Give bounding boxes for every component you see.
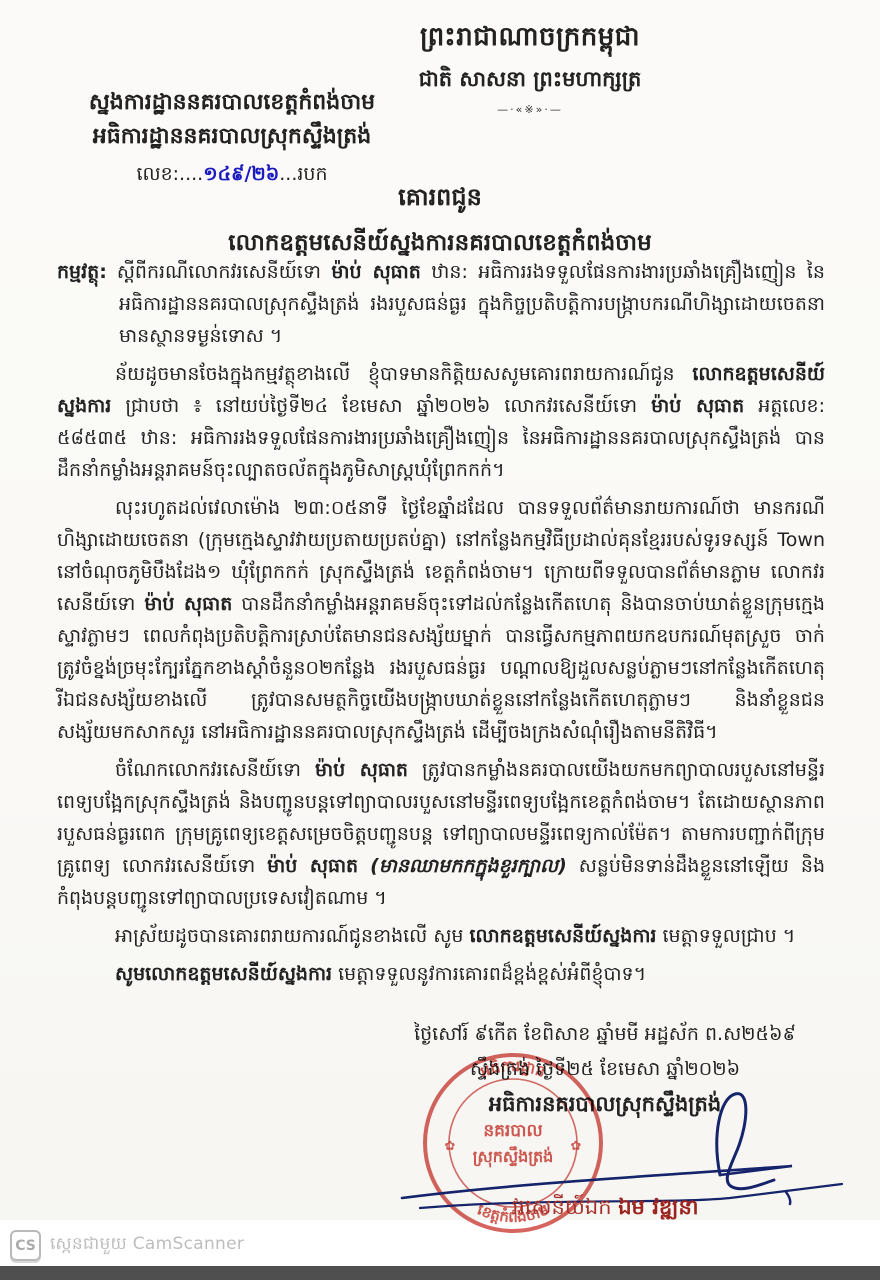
signer-name-line: វរសេនីយ៍ឯក ឯម វឌ្ឍនា <box>350 1194 860 1225</box>
camscanner-label: ស្កេនជាមួយ CamScanner <box>50 1233 244 1258</box>
signature-block: ថ្ងៃសៅរ៍ ៩កើត ខែពិសាខ ឆ្នាំមមី អដ្ឋស័ក ព… <box>350 1022 860 1122</box>
document-title: គោរពជូន លោកឧត្តមសេនីយ៍ស្នងការនគរបាលខេត្ត… <box>0 182 880 262</box>
paragraph: អាស្រ័យដូចបានគោរពរាយការណ៍ជូនខាងលើ សូម លោ… <box>57 920 825 952</box>
kingdom-motto-line1: ព្រះរាជាណាចក្រកម្ពុជា <box>290 20 770 58</box>
text-run: ចំណែកលោកវរសេនីយ៍ទោ <box>115 759 315 781</box>
text-run: មេត្តាទទួលនូវការគោរពដ៏ខ្ពង់ខ្ពស់អំពីខ្ញុ… <box>332 963 646 985</box>
letter-body: កម្មវត្ថុ:ស្តីពីករណីលោកវរសេនីយ៍ទោ ម៉ាប់ … <box>57 256 825 996</box>
salutation: គោរពជូន <box>0 182 880 217</box>
text-run: លោកឧត្តមសេនីយ៍ស្នងការ <box>470 925 657 947</box>
text-run <box>358 855 370 877</box>
text-run: សូមលោកឧត្តមសេនីយ៍ស្នងការ <box>115 963 332 985</box>
subject-text: ស្តីពីករណីលោកវរសេនីយ៍ទោ ម៉ាប់ សុធាត ឋាន:… <box>117 261 825 347</box>
letterhead: ស្នងការដ្ឋាននគរបាលខេត្តកំពង់ចាម អធិការដ្… <box>22 86 442 190</box>
text-run: (មានឈាមកកក្នុងខួរក្បាល) <box>370 855 567 877</box>
paragraph: ន័យដូចមានចែងក្នុងកម្មវត្ថុខាងលើ ខ្ញុំបាទ… <box>57 358 825 486</box>
letterhead-commissariat: ស្នងការដ្ឋាននគរបាលខេត្តកំពង់ចាម <box>22 86 442 120</box>
text-run: អាស្រ័យដូចបានគោរពរាយការណ៍ជូនខាងលើ សូម <box>115 925 470 947</box>
paragraph: លុះរហូតដល់វេលាម៉ោង ២៣:០៥នាទី ថ្ងៃខែឆ្នាំ… <box>57 492 825 748</box>
text-run: ម៉ាប់ សុធាត <box>315 759 408 781</box>
signer-name: ឯម វឌ្ឍនា <box>618 1195 698 1219</box>
text-run: ន័យដូចមានចែងក្នុងកម្មវត្ថុខាងលើ ខ្ញុំបាទ… <box>115 363 692 385</box>
text-run: ម៉ាប់ សុធាត <box>144 593 232 615</box>
text-run: បានដឹកនាំកម្លាំងអន្តរាគមន៍ចុះទៅដល់កន្លែង… <box>57 593 825 743</box>
paragraph: សូមលោកឧត្តមសេនីយ៍ស្នងការ មេត្តាទទួលនូវកា… <box>57 958 825 990</box>
scanned-letter-page: ព្រះរាជាណាចក្រកម្ពុជា ជាតិ សាសនា ព្រះមហា… <box>0 0 880 1280</box>
lunar-date: ថ្ងៃសៅរ៍ ៩កើត ខែពិសាខ ឆ្នាំមមី អដ្ឋស័ក ព… <box>350 1022 860 1050</box>
subject-label: កម្មវត្ថុ: <box>57 261 107 283</box>
text-run: ម៉ាប់ សុធាត <box>331 261 420 283</box>
signer-rank: វរសេនីយ៍ឯក <box>512 1195 619 1219</box>
text-run: ម៉ាប់ សុធាត <box>267 855 358 877</box>
text-run: ស្តីពីករណីលោកវរសេនីយ៍ទោ <box>117 261 332 283</box>
text-run: ជ្រាបថា ៖ នៅយប់ថ្ងៃទី២៤ ខែមេសា ឆ្នាំ២០២៦… <box>111 395 651 417</box>
camscanner-watermark: CS ស្កេនជាមួយ CamScanner <box>10 1230 244 1261</box>
text-run: មេត្តាទទួលជ្រាប ។ <box>656 925 795 947</box>
paragraph: ចំណែកលោកវរសេនីយ៍ទោ ម៉ាប់ សុធាត ត្រូវបានក… <box>57 754 825 914</box>
bottom-edge-bar <box>0 1266 880 1280</box>
subject-line: កម្មវត្ថុ:ស្តីពីករណីលោកវរសេនីយ៍ទោ ម៉ាប់ … <box>57 256 825 352</box>
camscanner-logo-icon: CS <box>10 1230 41 1261</box>
text-run: ម៉ាប់ សុធាត <box>651 395 744 417</box>
letterhead-inspectorate: អធិការដ្ឋាននគរបាលស្រុកស្ទឹងត្រង់ <box>22 120 442 154</box>
